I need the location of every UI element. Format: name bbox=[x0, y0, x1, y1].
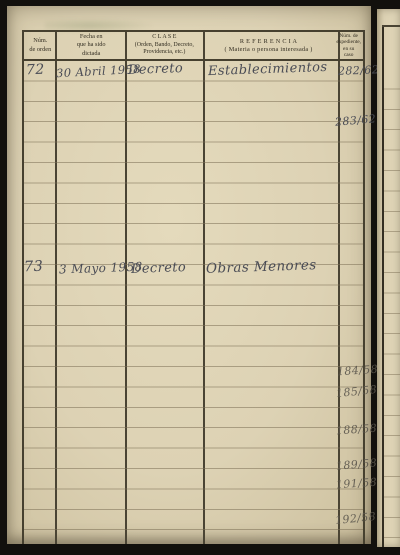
header-num-expediente: Núm. de expediente, en su caso bbox=[334, 32, 363, 59]
entry-clase: Decreto bbox=[128, 61, 184, 78]
entry-num: 73 bbox=[24, 259, 44, 276]
table-header-row: Núm. de orden Fecha en que ha sido dicta… bbox=[24, 32, 363, 61]
expediente-number: 188/58 bbox=[336, 422, 378, 438]
scanned-register-sheet: Núm. de orden Fecha en que ha sido dicta… bbox=[0, 0, 400, 555]
register-table: Núm. de orden Fecha en que ha sido dicta… bbox=[22, 30, 365, 544]
entry-num: 72 bbox=[26, 62, 45, 79]
header-referencia: R E F E R E N C I A ( Materia o persona … bbox=[203, 32, 334, 59]
adjacent-page-ruling bbox=[384, 69, 400, 547]
entry-expediente: 282/62 bbox=[338, 63, 380, 77]
expediente-number: 191/58 bbox=[336, 476, 378, 492]
header-fecha: Fecha en que ha sido dictada bbox=[57, 32, 126, 59]
adjacent-page-edge bbox=[377, 9, 400, 547]
expediente-number: 185/58 bbox=[335, 383, 377, 400]
adjacent-page-header-line bbox=[382, 25, 400, 27]
header-clase: C L A S E (Orden, Bando, Decreto, Provid… bbox=[126, 32, 203, 59]
expediente-number: 189/58 bbox=[336, 456, 378, 473]
expediente-number: 184/58 bbox=[337, 363, 379, 379]
entry-clase: Decreto bbox=[131, 260, 187, 277]
header-num-orden: Núm. de orden bbox=[24, 32, 57, 59]
table-body bbox=[24, 61, 363, 544]
